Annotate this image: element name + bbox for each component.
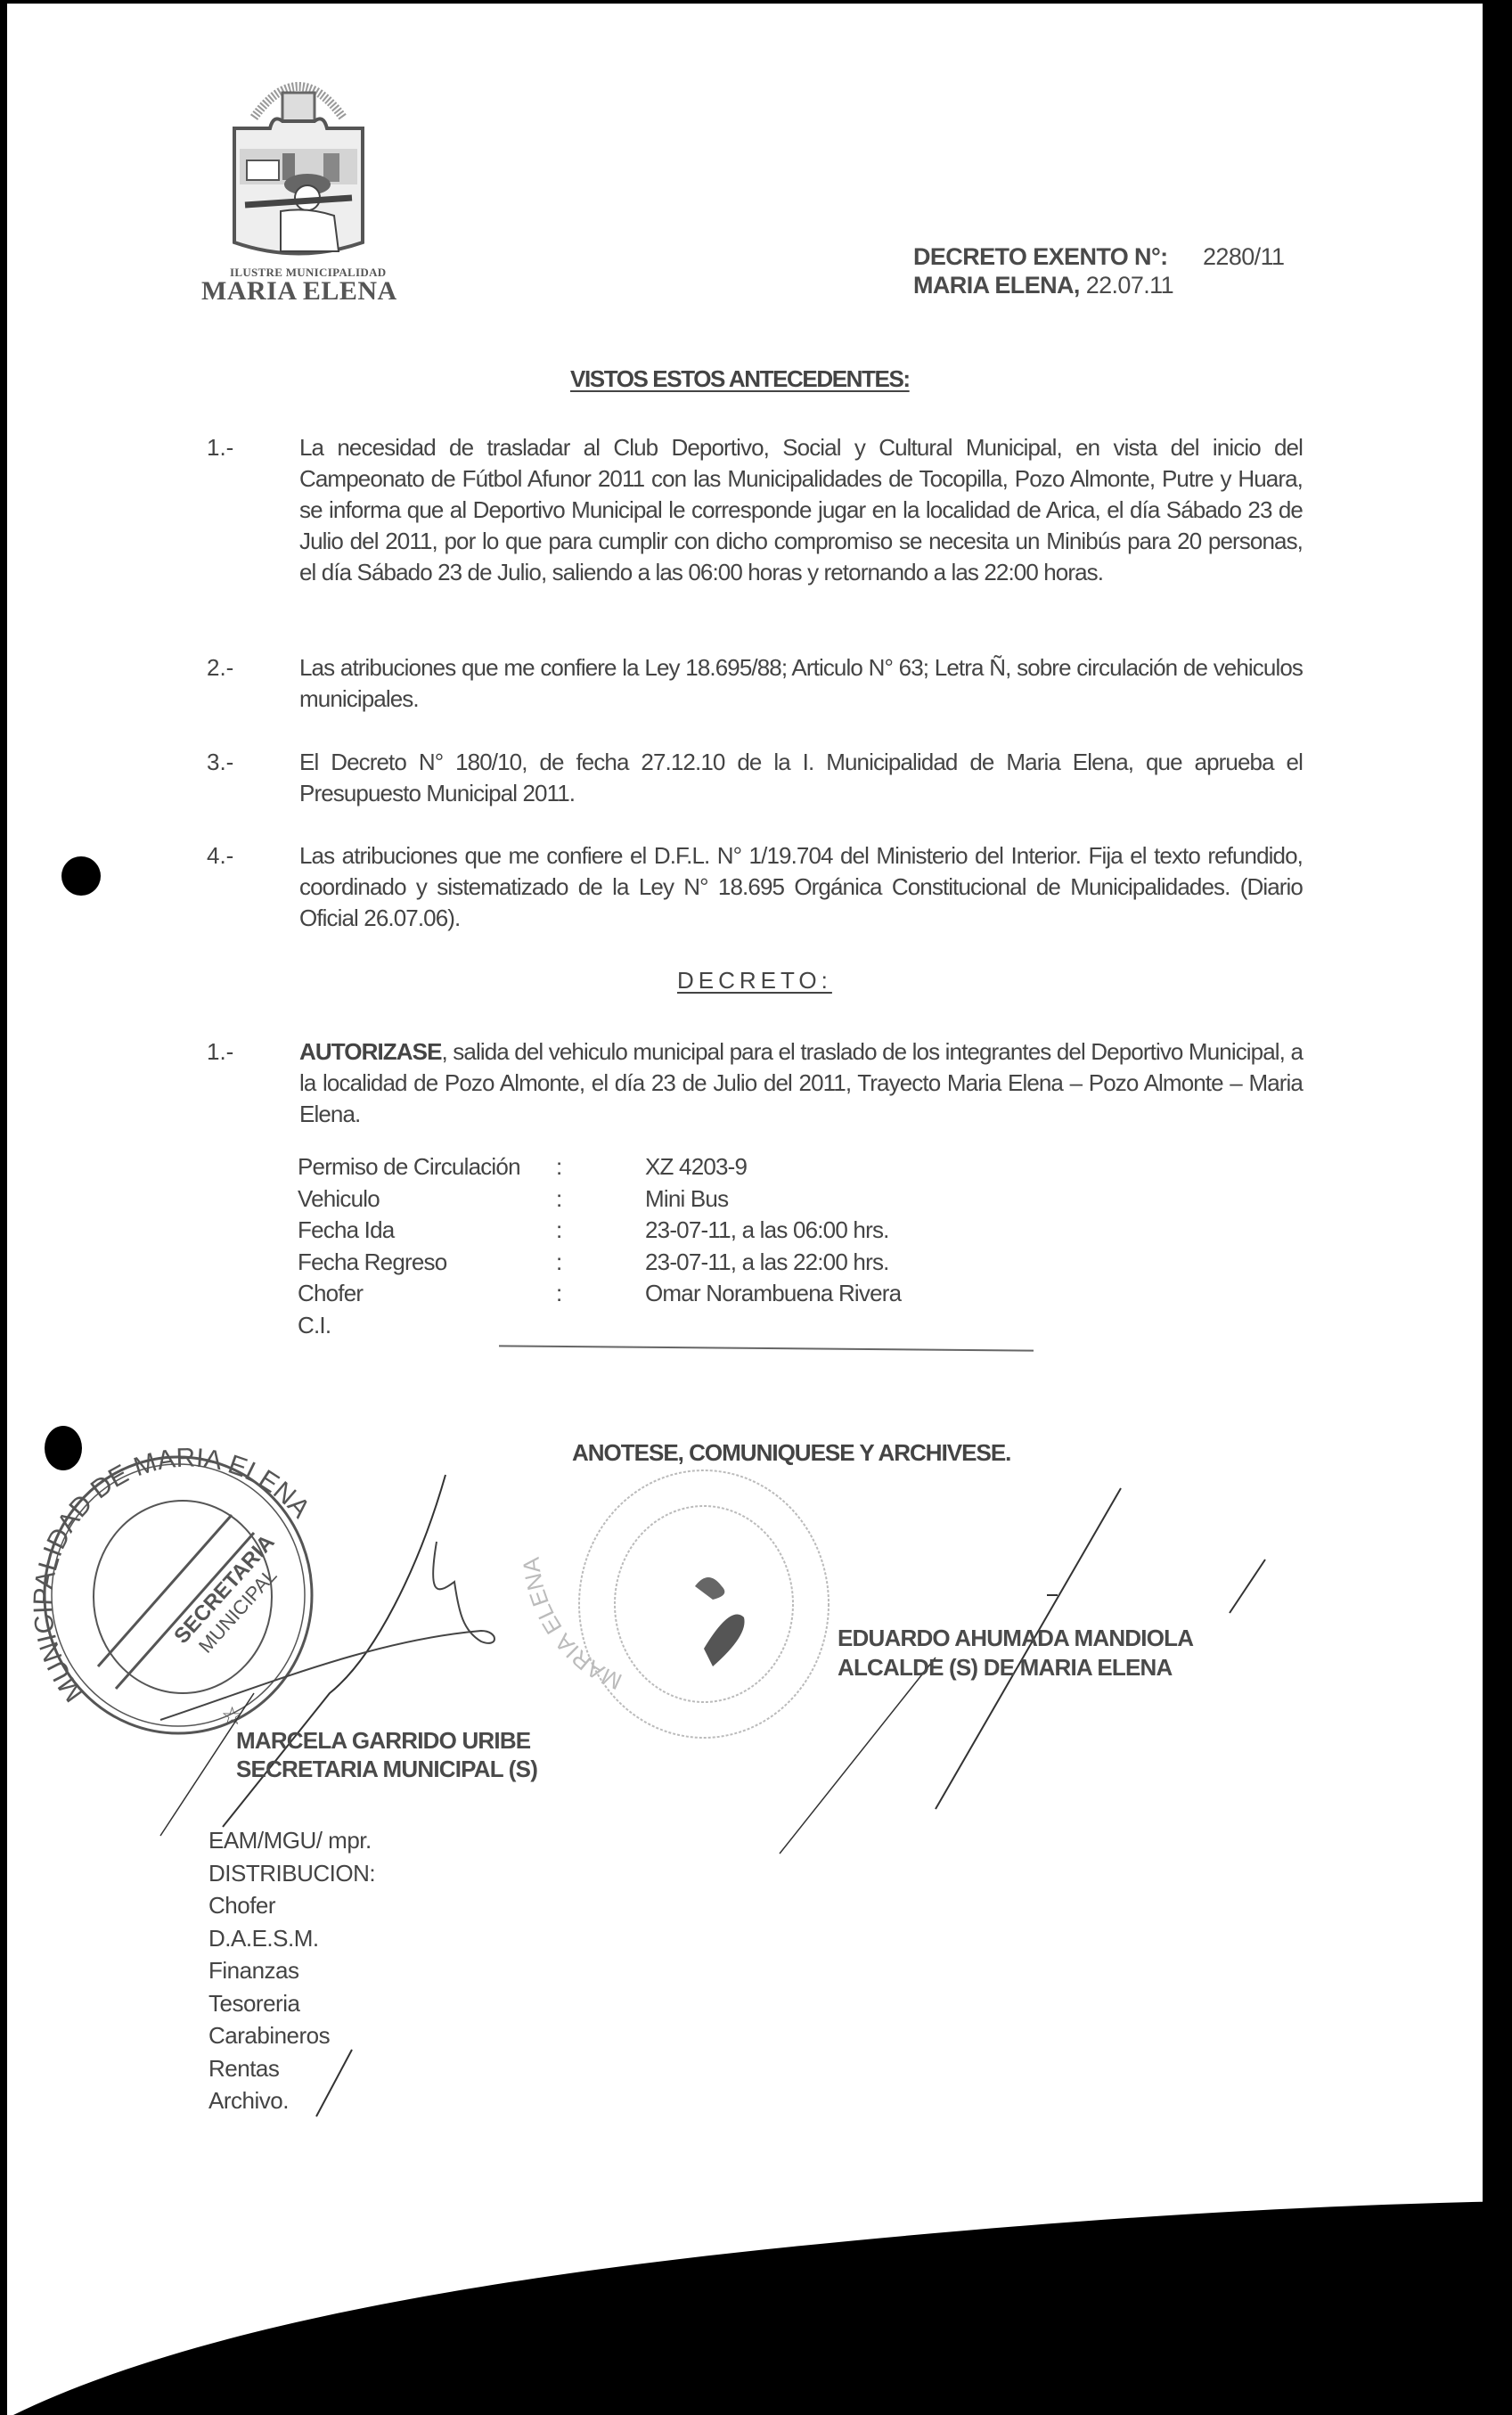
municipal-coat-of-arms-icon <box>227 64 370 260</box>
distribution-item: Carabineros <box>208 2019 375 2052</box>
distribution-item: Finanzas <box>208 1954 375 1987</box>
signer-role: SECRETARIA MUNICIPAL (S) <box>236 1755 537 1783</box>
decree-number: 2280/11 <box>1203 243 1284 271</box>
item-text: Las atribuciones que me confiere el D.F.… <box>299 840 1303 934</box>
signer-role: ALCALDE (S) DE MARIA ELENA <box>838 1653 1193 1682</box>
alcalde-signature-block: EDUARDO AHUMADA MANDIOLA ALCALDE (S) DE … <box>838 1624 1193 1682</box>
scan-border-right <box>1483 0 1512 2415</box>
distribution-item: D.A.E.S.M. <box>208 1922 375 1955</box>
distribution-item: Rentas <box>208 2052 375 2085</box>
distribution-title: DISTRIBUCION: <box>208 1857 375 1890</box>
decree-place-date: MARIA ELENA, 22.07.11 <box>913 272 1173 299</box>
decreto-title: DECRETO: <box>677 967 832 995</box>
item-text: La necesidad de trasladar al Club Deport… <box>299 432 1303 588</box>
distribution-block: EAM/MGU/ mpr. DISTRIBUCION: Chofer D.A.E… <box>208 1824 375 2117</box>
signer-name: MARCELA GARRIDO URIBE <box>236 1726 537 1755</box>
item-number: 1.- <box>207 1036 233 1068</box>
institution-name: MARIA ELENA <box>201 276 397 307</box>
initials: EAM/MGU/ mpr. <box>208 1824 375 1857</box>
item-text: Las atribuciones que me confiere la Ley … <box>299 652 1303 715</box>
item-text: AUTORIZASE, salida del vehiculo municipa… <box>299 1036 1303 1130</box>
item-text: El Decreto N° 180/10, de fecha 27.12.10 … <box>299 747 1303 809</box>
item-number: 4.- <box>207 840 233 872</box>
distribution-item: Archivo. <box>208 2084 375 2117</box>
vistos-title: VISTOS ESTOS ANTECEDENTES: <box>570 365 910 393</box>
item-number: 3.- <box>207 747 233 778</box>
bold-lead: AUTORIZASE <box>299 1038 442 1065</box>
closing-formula: ANOTESE, COMUNIQUESE Y ARCHIVESE. <box>572 1439 1010 1467</box>
distribution-item: Chofer <box>208 1889 375 1922</box>
punch-hole <box>61 856 101 896</box>
item-number: 1.- <box>207 432 233 463</box>
item-number: 2.- <box>207 652 233 684</box>
decree-label: DECRETO EXENTO N°: <box>913 243 1168 271</box>
signer-name: EDUARDO AHUMADA MANDIOLA <box>838 1624 1193 1653</box>
secretaria-signature-block: MARCELA GARRIDO URIBE SECRETARIA MUNICIP… <box>236 1726 537 1783</box>
distribution-item: Tesoreria <box>208 1987 375 2020</box>
punch-hole <box>45 1426 82 1470</box>
